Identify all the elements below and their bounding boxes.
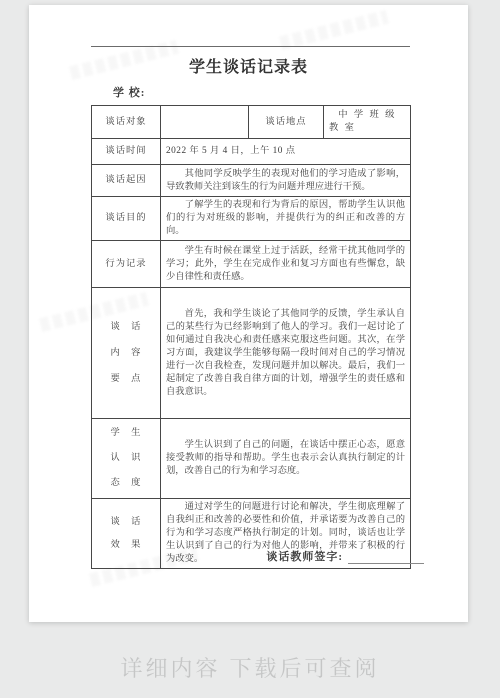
effect-label: 谈 话 效 果 — [92, 499, 161, 569]
label-line: 内 容 — [97, 340, 155, 366]
paragraph: 学生有时候在课堂上过于活跃，经常干扰其他同学的学习；此外，学生在完成作业和复习方… — [166, 245, 405, 284]
label-line: 学 生 — [97, 421, 155, 446]
subject-label: 谈话对象 — [92, 106, 161, 139]
page-title: 学生谈话记录表 — [29, 54, 468, 77]
signature-blank — [348, 551, 424, 564]
paragraph: 了解学生的表现和行为背后的原因，帮助学生认识他们的行为对班级的影响，并提供行为的… — [166, 199, 405, 238]
purpose-text: 了解学生的表现和行为背后的原因，帮助学生认识他们的行为对班级的影响，并提供行为的… — [161, 197, 411, 241]
header-rule — [91, 46, 410, 47]
student-attitude-label: 学 生 认 识 态 度 — [92, 419, 161, 499]
label-line: 谈 话 — [97, 314, 155, 340]
record-table: 谈话对象 谈话地点 中 学 班 级 教 室 谈话时间 2022 年 5 月 4 … — [91, 105, 411, 569]
content-points-label: 谈 话 内 容 要 点 — [92, 288, 161, 419]
cause-text: 其他同学反映学生的表现对他们的学习造成了影响，导致教师关注到该生的行为问题并理应… — [161, 165, 411, 197]
location-label: 谈话地点 — [249, 106, 324, 139]
label-line: 效 果 — [97, 534, 155, 557]
table-row-time: 谈话时间 2022 年 5 月 4 日，上午 10 点 — [92, 139, 411, 165]
subject-value-blank — [161, 106, 249, 139]
signature-row: 谈话教师签字: — [266, 548, 424, 564]
signature-label: 谈话教师签字: — [266, 548, 343, 564]
behavior-label: 行为记录 — [92, 241, 161, 288]
time-value: 2022 年 5 月 4 日，上午 10 点 — [161, 139, 411, 165]
label-line: 谈 话 — [97, 511, 155, 534]
school-label: 学 校: — [113, 84, 145, 100]
paragraph: 学生认识到了自己的问题，在谈话中摆正心态，愿意接受教师的指导和帮助。学生也表示会… — [166, 439, 405, 478]
table-row-behavior: 行为记录 学生有时候在课堂上过于活跃，经常干扰其他同学的学习；此外，学生在完成作… — [92, 241, 411, 288]
table-row-purpose: 谈话目的 了解学生的表现和行为背后的原因，帮助学生认识他们的行为对班级的影响，并… — [92, 197, 411, 241]
watermark — [279, 10, 389, 50]
content-points-text: 首先，我和学生谈论了其他同学的反馈，学生承认自己的某些行为已经影响到了他人的学习… — [161, 288, 411, 419]
label-line: 要 点 — [97, 366, 155, 392]
footer-caption: 详细内容 下载后可查阅 — [0, 652, 500, 683]
paragraph: 其他同学反映学生的表现对他们的学习造成了影响，导致教师关注到该生的行为问题并理应… — [166, 168, 405, 194]
purpose-label: 谈话目的 — [92, 197, 161, 241]
label-line: 态 度 — [97, 471, 155, 496]
label-line: 认 识 — [97, 446, 155, 471]
document-page: 学生谈话记录表 学 校: 谈话对象 谈话地点 中 学 班 级 教 室 谈话时间 … — [29, 5, 468, 622]
table-row-cause: 谈话起因 其他同学反映学生的表现对他们的学习造成了影响，导致教师关注到该生的行为… — [92, 165, 411, 197]
paragraph: 首先，我和学生谈论了其他同学的反馈，学生承认自己的某些行为已经影响到了他人的学习… — [166, 308, 405, 399]
table-row-subject: 谈话对象 谈话地点 中 学 班 级 教 室 — [92, 106, 411, 139]
time-label: 谈话时间 — [92, 139, 161, 165]
cause-label: 谈话起因 — [92, 165, 161, 197]
table-row-student-attitude: 学 生 认 识 态 度 学生认识到了自己的问题，在谈话中摆正心态，愿意接受教师的… — [92, 419, 411, 499]
student-attitude-text: 学生认识到了自己的问题，在谈话中摆正心态，愿意接受教师的指导和帮助。学生也表示会… — [161, 419, 411, 499]
table-row-content-points: 谈 话 内 容 要 点 首先，我和学生谈论了其他同学的反馈，学生承认自己的某些行… — [92, 288, 411, 419]
location-value: 中 学 班 级 教 室 — [324, 106, 411, 139]
behavior-text: 学生有时候在课堂上过于活跃，经常干扰其他同学的学习；此外，学生在完成作业和复习方… — [161, 241, 411, 288]
